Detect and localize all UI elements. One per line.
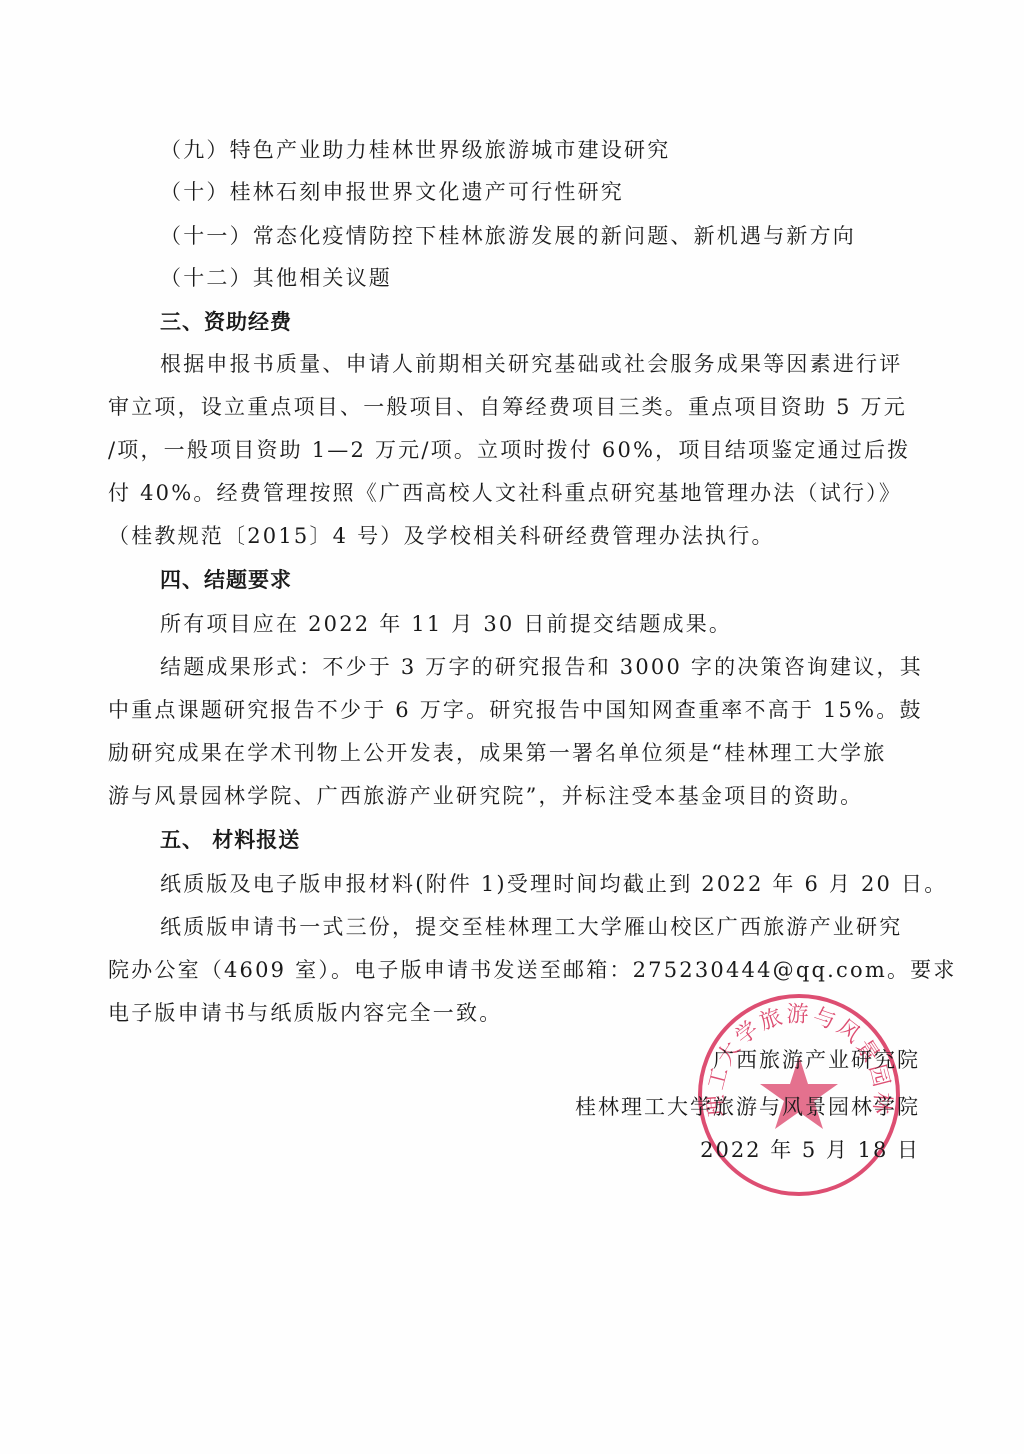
signature-org-2: 桂林理工大学旅游与风景园林学院	[575, 1093, 920, 1121]
submission-line-3: 电子版申请书与纸质版内容完全一致。	[108, 999, 502, 1027]
completion-line-1: 结题成果形式：不少于 3 万字的研究报告和 3000 字的决策咨询建议，其	[160, 653, 923, 681]
completion-line-4: 游与风景园林学院、广西旅游产业研究院”，并标注受本基金项目的资助。	[108, 782, 863, 810]
funding-line-4: 付 40%。经费管理按照《广西高校人文社科重点研究基地管理办法（试行）》	[108, 479, 902, 507]
submission-line-1: 纸质版申请书一式三份，提交至桂林理工大学雁山校区广西旅游产业研究	[160, 913, 902, 941]
topic-item-12: （十二）其他相关议题	[160, 264, 392, 292]
completion-line-3: 励研究成果在学术刊物上公开发表，成果第一署名单位须是“桂林理工大学旅	[108, 739, 887, 767]
funding-line-2: 审立项，设立重点项目、一般项目、自筹经费项目三类。重点项目资助 5 万元	[108, 393, 907, 421]
signature-date: 2022 年 5 月 18 日	[700, 1136, 920, 1164]
topic-item-11: （十一）常态化疫情防控下桂林旅游发展的新问题、新机遇与新方向	[160, 222, 856, 250]
signature-org-1: 广西旅游产业研究院	[713, 1046, 920, 1074]
topic-item-10: （十）桂林石刻申报世界文化遗产可行性研究	[160, 178, 624, 206]
completion-line-2: 中重点课题研究报告不少于 6 万字。研究报告中国知网查重率不高于 15%。鼓	[108, 696, 923, 724]
section-heading-submission: 五、 材料报送	[160, 826, 300, 854]
funding-line-5: （桂教规范〔2015〕4 号）及学校相关科研经费管理办法执行。	[108, 522, 775, 550]
section-heading-completion: 四、结题要求	[160, 566, 292, 594]
submission-deadline: 纸质版及电子版申报材料(附件 1)受理时间均截止到 2022 年 6 月 20 …	[160, 870, 947, 898]
funding-line-3: /项，一般项目资助 1—2 万元/项。立项时拨付 60%，项目结项鉴定通过后拨	[108, 436, 910, 464]
funding-line-1: 根据申报书质量、申请人前期相关研究基础或社会服务成果等因素进行评	[160, 350, 902, 378]
document-page: （九）特色产业助力桂林世界级旅游城市建设研究 （十）桂林石刻申报世界文化遗产可行…	[0, 0, 1024, 1454]
completion-deadline: 所有项目应在 2022 年 11 月 30 日前提交结题成果。	[160, 610, 732, 638]
submission-line-2: 院办公室（4609 室）。电子版申请书发送至邮箱：275230444@qq.co…	[108, 956, 957, 984]
topic-item-9: （九）特色产业助力桂林世界级旅游城市建设研究	[160, 136, 670, 164]
section-heading-funding: 三、资助经费	[160, 308, 292, 336]
